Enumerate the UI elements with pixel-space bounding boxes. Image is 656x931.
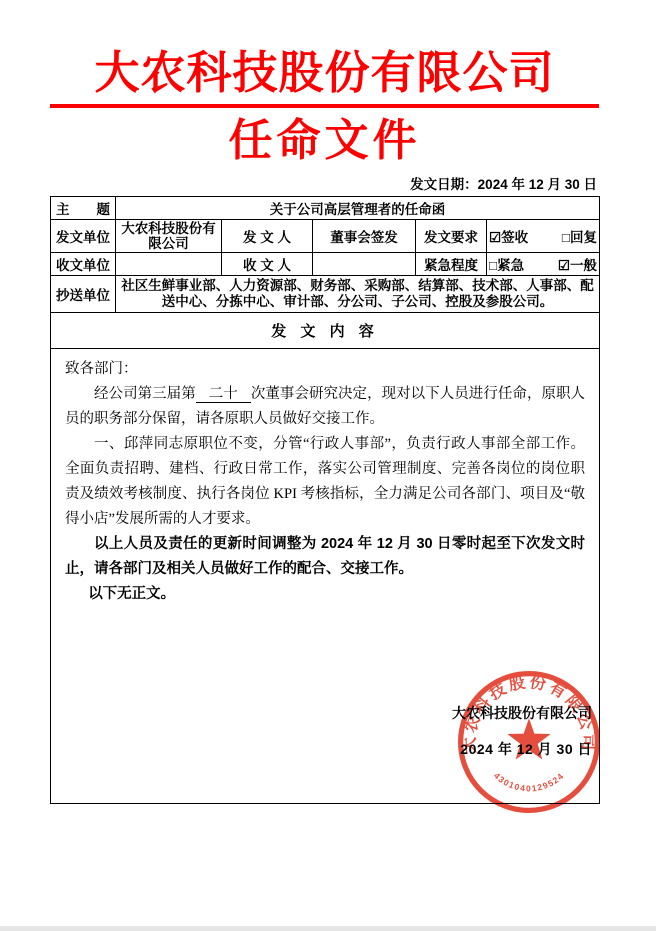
signature-company: 大农科技股份有限公司: [452, 706, 592, 721]
letter-body: 致各部门： 经公司第三届第二十次董事会研究决定，现对以下人员进行任命，原职人员的…: [53, 350, 597, 802]
urgency-options-cell: □紧急 ☑一般: [487, 253, 600, 276]
requirement-label-cell: 发文要求: [416, 220, 487, 253]
content-header-row: 发 文 内 容: [51, 313, 600, 349]
signature-block: 大农科技股份有限公司 2024 年 12 月 30 日: [452, 706, 592, 757]
red-double-divider: [50, 104, 599, 108]
issuer-label-cell: 发 文 人: [222, 220, 313, 253]
paragraph-appointment-intro: 经公司第三届第二十次董事会研究决定，现对以下人员进行任命，原职人员的职务部分保留…: [65, 382, 585, 432]
salutation: 致各部门：: [65, 357, 585, 382]
receiver-label-cell: 收 文 人: [222, 253, 313, 276]
issue-date-line: 发文日期：2024 年 12 月 30 日: [50, 177, 599, 193]
cc-row: 抄送单位 社区生鲜事业部、人力资源部、财务部、采购部、结算部、技术部、人事部、配…: [51, 276, 600, 313]
underlined-meeting-number: 二十: [196, 386, 251, 403]
doc-type-title: 任命文件: [50, 116, 599, 166]
subject-label-cell: 主 题: [51, 197, 116, 220]
document-page: 大农科技股份有限公司 任命文件 发文日期：2024 年 12 月 30 日 主 …: [0, 0, 656, 931]
signature-date: 2024 年 12 月 30 日: [452, 742, 592, 757]
issue-date-value: 2024 年 12 月 30 日: [478, 177, 597, 192]
urgency-label-cell: 紧急程度: [416, 253, 487, 276]
content-body-row: 致各部门： 经公司第三届第二十次董事会研究决定，现对以下人员进行任命，原职人员的…: [51, 349, 600, 804]
cc-value-cell: 社区生鲜事业部、人力资源部、财务部、采购部、结算部、技术部、人事部、配送中心、分…: [116, 276, 600, 313]
subject-row: 主 题 关于公司高层管理者的任命函: [51, 197, 600, 220]
requirement-options-cell: ☑签收 □回复: [487, 220, 600, 253]
paragraph-end-note: 以下无正文。: [65, 582, 585, 607]
issuing-unit-label-cell: 发文单位: [51, 220, 116, 253]
checkbox-urgent-unchecked: □紧急: [489, 254, 524, 274]
company-title: 大农科技股份有限公司: [50, 47, 599, 99]
subject-value-cell: 关于公司高层管理者的任命函: [116, 197, 600, 220]
viewer-bottom-edge: [0, 926, 656, 931]
receiver-value-cell: [313, 253, 416, 276]
receiving-row: 收文单位 收 文 人 紧急程度 □紧急 ☑一般: [51, 253, 600, 276]
issuer-value-cell: 董事会签发: [313, 220, 416, 253]
receiving-unit-value-cell: [116, 253, 222, 276]
content-header-cell: 发 文 内 容: [51, 313, 600, 349]
checkbox-sign-receipt-checked: ☑签收: [489, 226, 528, 246]
receiving-unit-label-cell: 收文单位: [51, 253, 116, 276]
checkbox-normal-checked: ☑一般: [558, 254, 597, 274]
document-content: 大农科技股份有限公司 任命文件 发文日期：2024 年 12 月 30 日 主 …: [50, 0, 599, 804]
paragraph-appointment-detail: 一、邱萍同志原职位不变，分管“行政人事部”，负责行政人事部全部工作。全面负责招聘…: [65, 432, 585, 532]
meta-table: 主 题 关于公司高层管理者的任命函 发文单位 大农科技股份有限公司 发 文 人 …: [50, 196, 600, 804]
checkbox-reply-unchecked: □回复: [562, 226, 597, 246]
issuing-unit-value-cell: 大农科技股份有限公司: [116, 220, 222, 253]
issuing-row: 发文单位 大农科技股份有限公司 发 文 人 董事会签发 发文要求 ☑签收 □回复: [51, 220, 600, 253]
paragraph-effective-time: 以上人员及责任的更新时间调整为 2024 年 12 月 30 日零时起至下次发文…: [65, 532, 585, 582]
issue-date-label: 发文日期：: [410, 177, 478, 192]
content-body-cell: 致各部门： 经公司第三届第二十次董事会研究决定，现对以下人员进行任命，原职人员的…: [51, 349, 600, 804]
cc-label-cell: 抄送单位: [51, 276, 116, 313]
